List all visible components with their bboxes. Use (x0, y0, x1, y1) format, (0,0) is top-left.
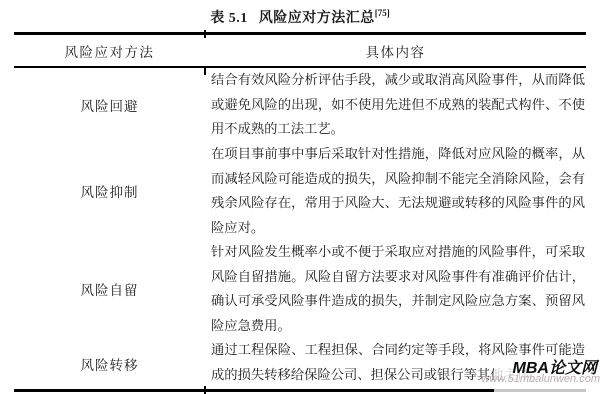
content-cell: 针对风险发生概率小或不便于采取应对措施的风险事件，可采取风险自留措施。风险自留方… (205, 240, 586, 338)
table-caption-label: 表 (210, 11, 225, 26)
column-divider-tick-middle (204, 66, 206, 75)
table-header-row: 风险应对方法 具体内容 (14, 35, 586, 68)
table-caption-number: 5.1 (225, 11, 248, 26)
risk-response-table: 风险应对方法 具体内容 风险回避 结合有效风险分析评估手段，减少或取消高风险事件… (14, 32, 586, 392)
citation-superscript: [75] (375, 8, 390, 18)
table-body: 风险回避 结合有效风险分析评估手段，减少或取消高风险事件，从而降低或避免风险的出… (14, 68, 586, 390)
column-divider-tick-bottom (204, 386, 206, 394)
table-row-risk-avoidance: 风险回避 结合有效风险分析评估手段，减少或取消高风险事件，从而降低或避免风险的出… (14, 68, 586, 142)
header-content-column: 具体内容 (205, 41, 586, 61)
method-cell: 风险回避 (14, 68, 205, 142)
column-divider-tick-top (204, 30, 206, 38)
content-cell: 结合有效风险分析评估手段，减少或取消高风险事件，从而降低或避免风险的出现，如不使… (205, 68, 586, 142)
method-cell: 风险转移 (14, 338, 205, 390)
content-cell: 在项目事前事中事后采取针对性措施，降低对应风险的概率，从而减轻风险可能造成的损失… (205, 142, 586, 240)
table-row-risk-retention: 风险自留 针对风险发生概率小或不便于采取应对措施的风险事件，可采取风险自留措施。… (14, 240, 586, 338)
method-cell: 风险自留 (14, 240, 205, 338)
watermark-site-url: www.51mbalunwen.com (481, 373, 600, 385)
table-row-risk-mitigation: 风险抑制 在项目事前事中事后采取针对性措施，降低对应风险的概率，从而减轻风险可能… (14, 142, 586, 240)
header-method-column: 风险应对方法 (14, 41, 205, 61)
table-caption-text: 风险应对方法汇总 (248, 11, 375, 26)
table-caption: 表5.1风险应对方法汇总[75] (14, 7, 586, 27)
site-watermark: MBA论文网 www.51mbalunwen.com (494, 357, 600, 393)
method-cell: 风险抑制 (14, 142, 205, 240)
